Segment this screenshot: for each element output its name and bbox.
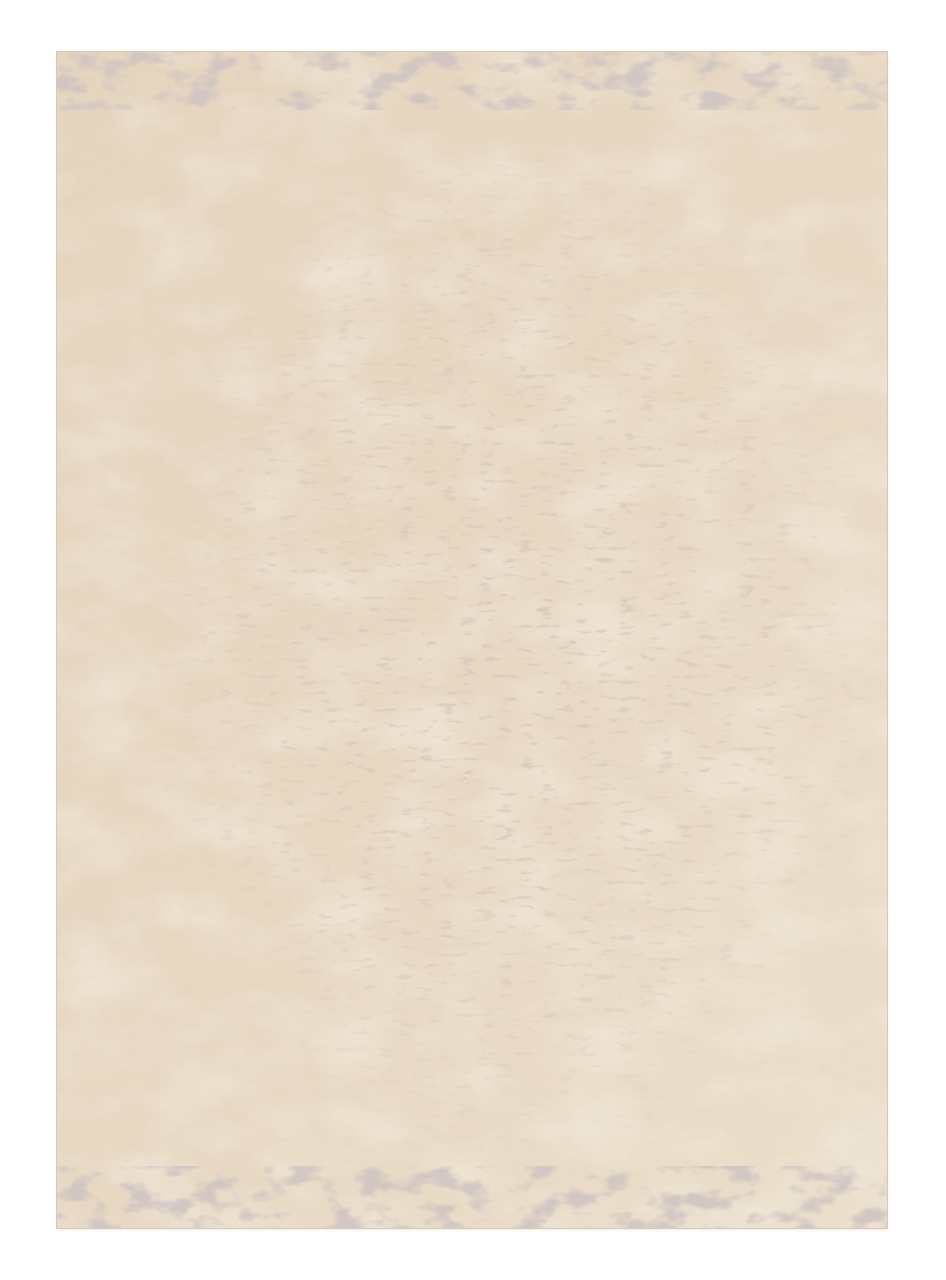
top-border-pattern xyxy=(57,52,887,110)
bottom-border-pattern xyxy=(57,1166,887,1228)
rug-texture xyxy=(57,52,887,1228)
rug-product-image xyxy=(57,52,887,1228)
